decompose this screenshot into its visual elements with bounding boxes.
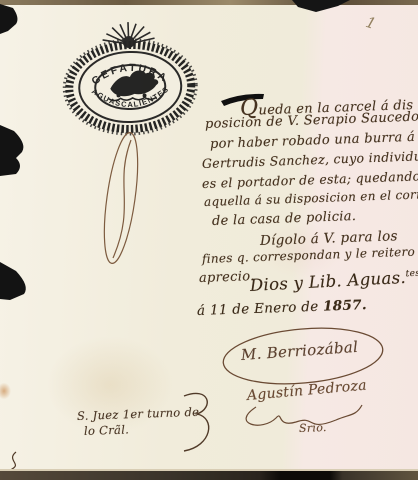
ink-blob-mid-left (0, 125, 23, 176)
salutation-superscript: tes (405, 269, 418, 280)
body-line-10: aprecio. (199, 269, 255, 286)
ink-blob-bottom-left (0, 262, 26, 300)
scanned-document-page: GEFATURA AGUASCALIENTES Queda en la carc… (0, 0, 418, 480)
ink-blob-top-left (0, 4, 17, 34)
secretary-abbreviation: Srio. (299, 421, 327, 435)
ink-wedge-top (292, 0, 350, 12)
scan-bottom-edge (0, 469, 418, 480)
addressee-flourish (184, 393, 209, 451)
addressee-line-2: lo Crãl. (84, 422, 130, 438)
rubric-loop-flourish (98, 131, 144, 266)
date-year: 1857. (323, 297, 367, 315)
